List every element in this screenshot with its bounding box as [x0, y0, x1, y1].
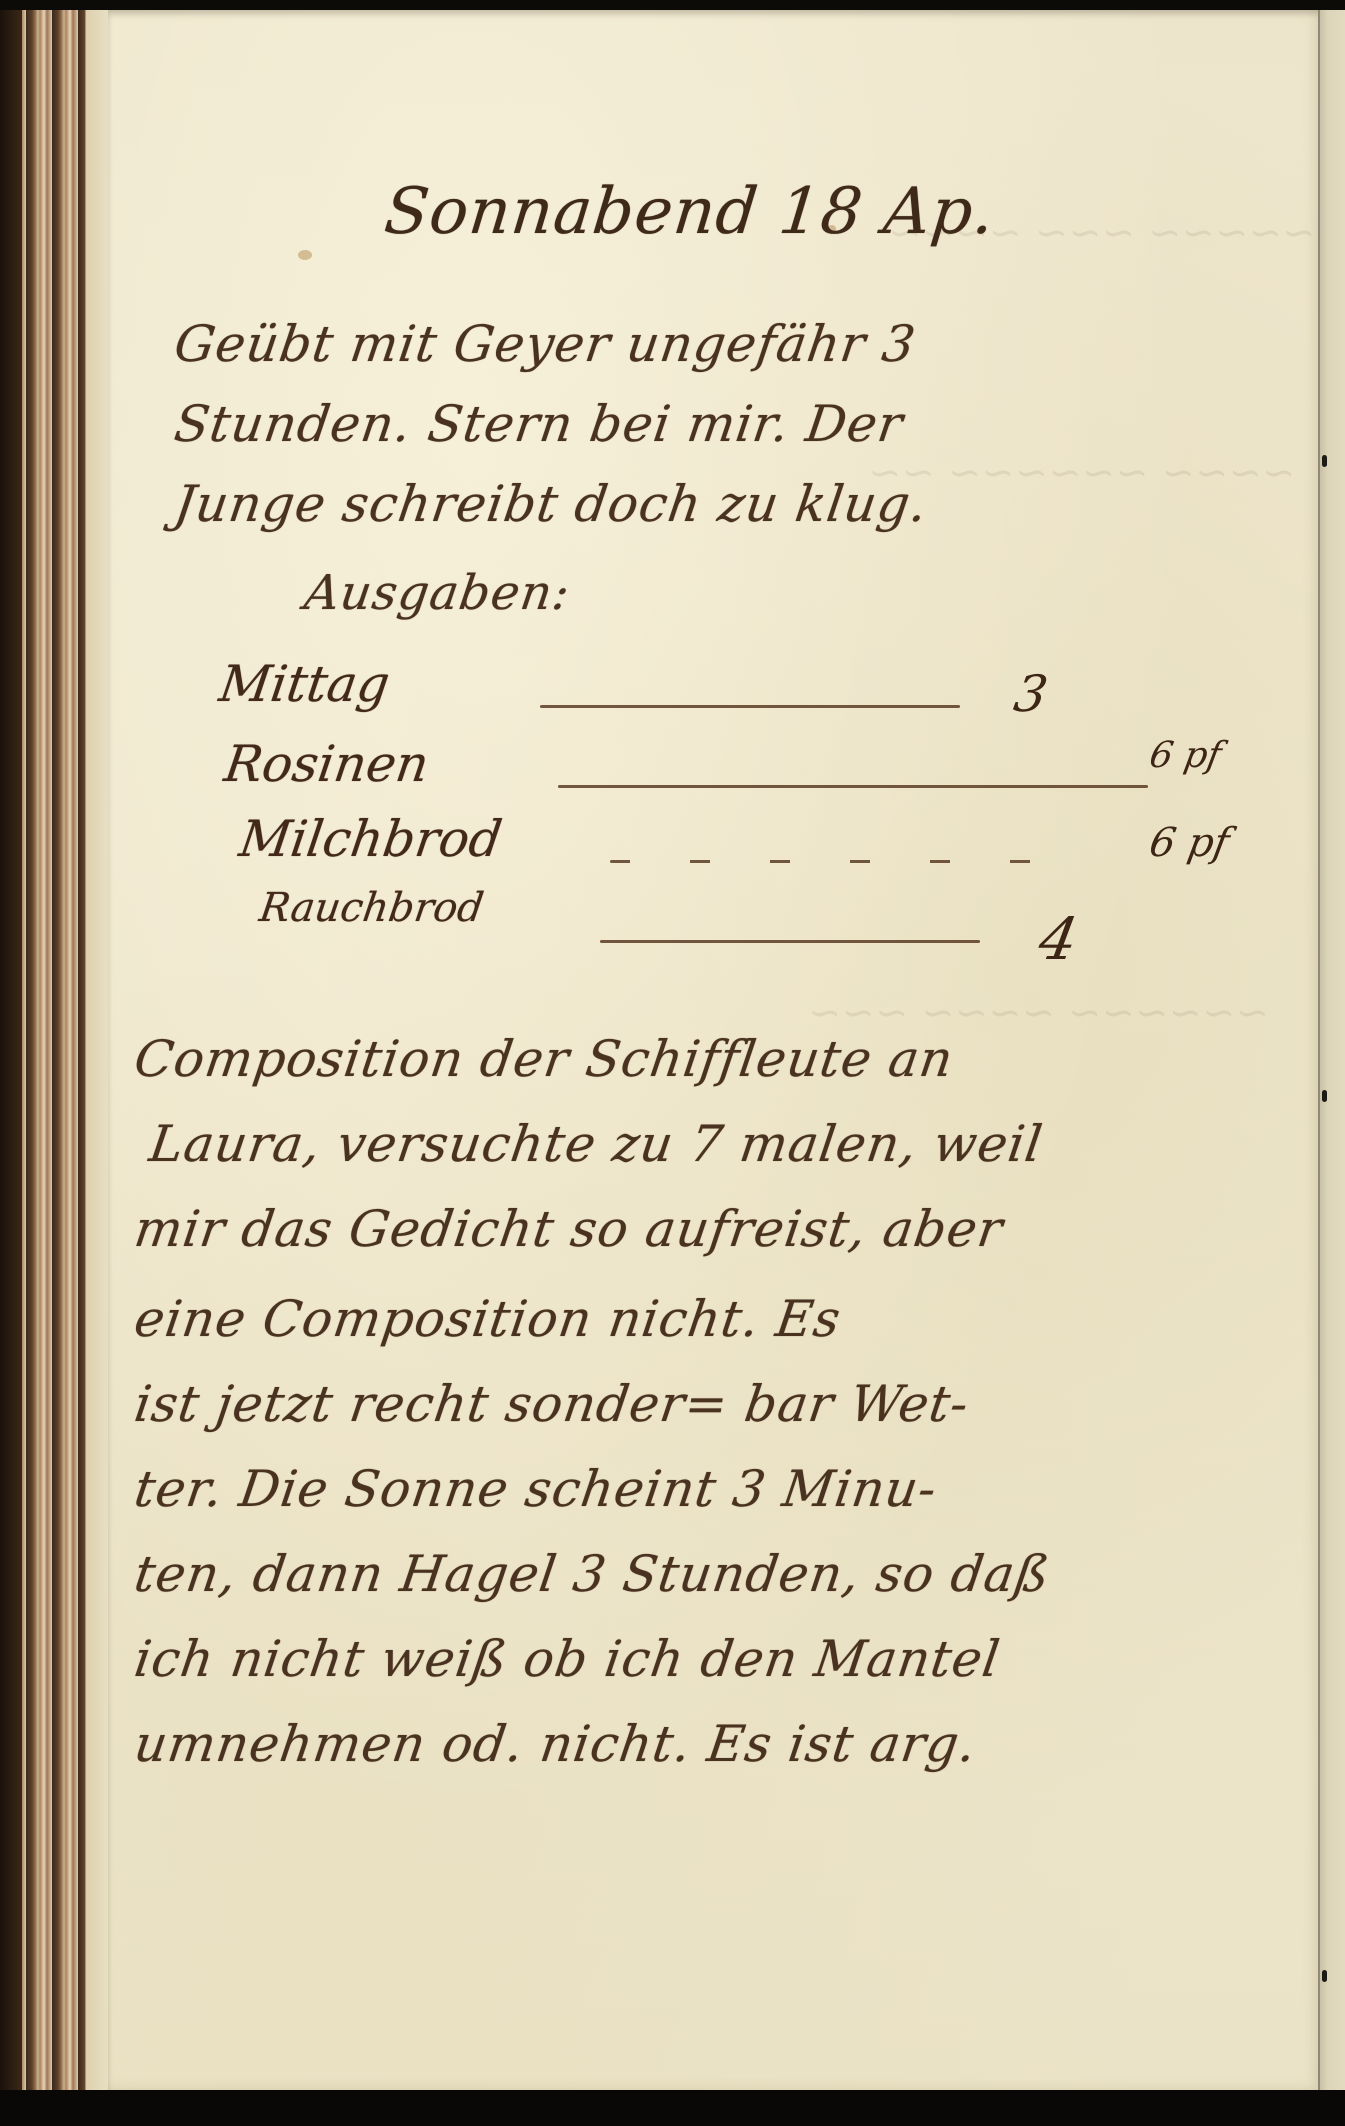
body-line: ten, dann Hagel 3 Stunden, so daß — [131, 1545, 1054, 1603]
body-line: ter. Die Sonne scheint 3 Minu- — [131, 1460, 941, 1518]
expense-amount: 4 — [1034, 905, 1083, 973]
expenses-title: Ausgaben: — [301, 565, 574, 621]
expense-amount: 6 pf — [1146, 820, 1233, 866]
expense-leader-line — [558, 785, 1148, 788]
body-line: umnehmen od. nicht. Es ist arg. — [131, 1715, 980, 1773]
body-line: Laura, versuchte zu 7 malen, weil — [146, 1115, 1047, 1173]
body-line: Composition der Schiffleute an — [131, 1030, 957, 1088]
body-line: ist jetzt recht sonder= bar Wet- — [131, 1375, 973, 1433]
body-line: ich nicht weiß ob ich den Mantel — [131, 1630, 1004, 1688]
bleed-through-text: ~~~~ ~~~~~~ ~~ — [865, 450, 1299, 496]
body-line: mir das Gedicht so aufreist, aber — [131, 1200, 1007, 1258]
binding-hole — [1322, 1090, 1327, 1102]
book-page-stack-edge — [0, 10, 111, 2095]
binding-hole — [1322, 1970, 1327, 1982]
expense-label: Milchbrod — [236, 810, 506, 868]
binding-hole — [1322, 455, 1327, 467]
expense-label: Rauchbrod — [257, 885, 487, 931]
expense-leader-line — [600, 940, 980, 943]
adjacent-page-gutter — [1318, 10, 1345, 2090]
expense-label: Rosinen — [221, 735, 433, 793]
expense-row: Mittag 3 — [0, 650, 1345, 730]
expense-leader-line — [610, 860, 1090, 863]
expense-amount: 3 — [1010, 665, 1052, 723]
scanned-diary-page: ~~~~~ ~~~ ~~~~ ~~~~ ~~~~~~ ~~ ~~~~~~ ~~~… — [0, 0, 1345, 2126]
scan-bottom-edge — [0, 2090, 1345, 2126]
entry-heading-date: Sonnabend 18 Ap. — [381, 175, 998, 249]
expense-row: Milchbrod 6 pf — [0, 805, 1345, 885]
expense-leader-line — [540, 705, 960, 708]
paper-stain — [298, 250, 312, 260]
intro-line: Stunden. Stern bei mir. Der — [171, 395, 907, 453]
expense-amount: 6 pf — [1146, 735, 1224, 776]
body-line: eine Composition nicht. Es — [131, 1290, 845, 1348]
expense-row: Rosinen 6 pf — [0, 730, 1345, 810]
expense-label: Mittag — [216, 655, 393, 713]
expense-row: Rauchbrod 4 — [0, 885, 1345, 965]
intro-line: Geübt mit Geyer ungefähr 3 — [171, 315, 920, 373]
intro-line: Junge schreibt doch zu klug. — [171, 475, 931, 533]
